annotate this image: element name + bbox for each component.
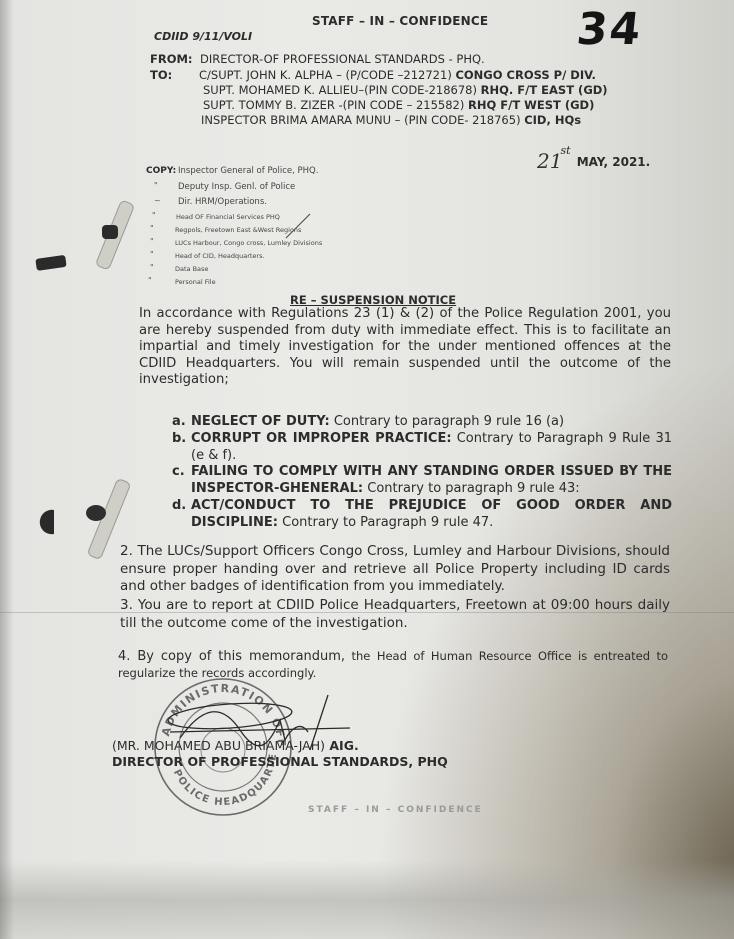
recipient: C/SUPT. JOHN K. ALPHA – (P/CODE –212721)…: [199, 68, 596, 82]
handwritten-tick-mark: [284, 212, 314, 242]
reference-number: CDIID 9/11/VOLI: [154, 30, 252, 43]
paragraph-3: 3. You are to report at CDIID Police Hea…: [120, 597, 670, 632]
handwritten-day: 21: [537, 149, 562, 173]
recipient-name: INSPECTOR BRIMA AMARA MUNU – (PIN CODE- …: [201, 113, 521, 127]
handwritten-page-number: 34: [574, 4, 645, 55]
handwritten-day-suffix: st: [560, 144, 570, 157]
from-label: FROM:: [150, 52, 200, 66]
offence-text: Contrary to paragraph 9 rule 16 (a): [330, 414, 564, 429]
offence-heading: NEGLECT OF DUTY:: [191, 414, 330, 429]
recipient-name: SUPT. MOHAMED K. ALLIEU–(PIN CODE-218678…: [203, 83, 477, 97]
copy-item: Head of CID, Headquarters.: [175, 252, 265, 260]
offences-list: a. NEGLECT OF DUTY: Contrary to paragrap…: [172, 414, 672, 532]
signatory-title: DIRECTOR OF PROFESSIONAL STANDARDS, PHQ: [112, 754, 448, 769]
copy-item: Dir. HRM/Operations.: [178, 197, 267, 207]
offence-letter: b.: [172, 431, 191, 465]
ditto-mark: ": [148, 276, 152, 285]
copy-item: Regpols, Freetown East &West Regions: [175, 226, 301, 234]
printed-date: MAY, 2021.: [577, 155, 650, 169]
copy-label: COPY:: [146, 166, 176, 176]
copy-item: Inspector General of Police, PHQ.: [178, 166, 318, 176]
paragraph-1: In accordance with Regulations 23 (1) & …: [139, 306, 671, 389]
offence-text: Contrary to Paragraph 9 rule 47.: [278, 515, 493, 530]
from-value: DIRECTOR-OF PROFESSIONAL STANDARDS - PHQ…: [200, 52, 485, 66]
recipient-name: C/SUPT. JOHN K. ALPHA – (P/CODE –212721): [199, 68, 452, 82]
ditto-mark: ~: [154, 196, 161, 205]
ditto-mark: ": [150, 263, 154, 272]
to-label: TO:: [150, 68, 172, 82]
binder-clip-top: [30, 195, 140, 295]
to-label-row: TO:: [150, 68, 172, 82]
signatory-name: (MR. MOHAMED ABU BRIAMA-JAH) AIG.: [112, 738, 359, 753]
ditto-mark: ": [154, 181, 158, 190]
recipient-unit: RHQ. F/T EAST (GD): [481, 83, 608, 97]
offence-item: b. CORRUPT OR IMPROPER PRACTICE: Contrar…: [172, 431, 672, 465]
signatory-rank: AIG.: [325, 738, 359, 753]
ditto-mark: ": [150, 224, 154, 233]
signatory-full-name: (MR. MOHAMED ABU BRIAMA-JAH): [112, 738, 325, 753]
copy-item: Personal File: [175, 278, 216, 286]
recipient-unit: RHQ F/T WEST (GD): [468, 98, 594, 112]
offence-letter: c.: [172, 464, 191, 498]
offence-item: d. ACT/CONDUCT TO THE PREJUDICE OF GOOD …: [172, 498, 672, 532]
footer-classification: STAFF – IN – CONFIDENCE: [308, 805, 483, 815]
offence-letter: a.: [172, 414, 191, 431]
classification-header: STAFF – IN – CONFIDENCE: [312, 14, 488, 28]
ditto-mark: ": [150, 250, 154, 259]
date: 21st MAY, 2021.: [537, 147, 650, 171]
offence-letter: d.: [172, 498, 191, 532]
recipient-name: SUPT. TOMMY B. ZIZER -(PIN CODE – 215582…: [203, 98, 464, 112]
offence-item: c. FAILING TO COMPLY WITH ANY STANDING O…: [172, 464, 672, 498]
recipient: SUPT. TOMMY B. ZIZER -(PIN CODE – 215582…: [203, 98, 594, 112]
copy-item: Data Base: [175, 265, 208, 273]
recipient: INSPECTOR BRIMA AMARA MUNU – (PIN CODE- …: [201, 113, 581, 127]
copy-item: Head OF Financial Services PHQ: [176, 213, 280, 221]
paragraph-2: 2. The LUCs/Support Officers Congo Cross…: [120, 543, 670, 596]
offence-text: Contrary to paragraph 9 rule 43:: [363, 481, 580, 496]
recipient: SUPT. MOHAMED K. ALLIEU–(PIN CODE-218678…: [203, 83, 608, 97]
paragraph-4-lead: 4. By copy of this memorandum,: [118, 649, 345, 664]
recipient-unit: CONGO CROSS P/ DIV.: [455, 68, 595, 82]
ditto-mark: ": [150, 237, 154, 246]
offence-item: a. NEGLECT OF DUTY: Contrary to paragrap…: [172, 414, 672, 431]
copy-item: Deputy Insp. Genl. of Police: [178, 182, 295, 192]
ditto-mark: ": [152, 211, 156, 220]
from-row: FROM:DIRECTOR-OF PROFESSIONAL STANDARDS …: [150, 52, 485, 66]
offence-heading: CORRUPT OR IMPROPER PRACTICE:: [191, 431, 452, 446]
notice-title: RE – SUSPENSION NOTICE: [290, 293, 456, 307]
recipient-unit: CID, HQs: [524, 113, 581, 127]
